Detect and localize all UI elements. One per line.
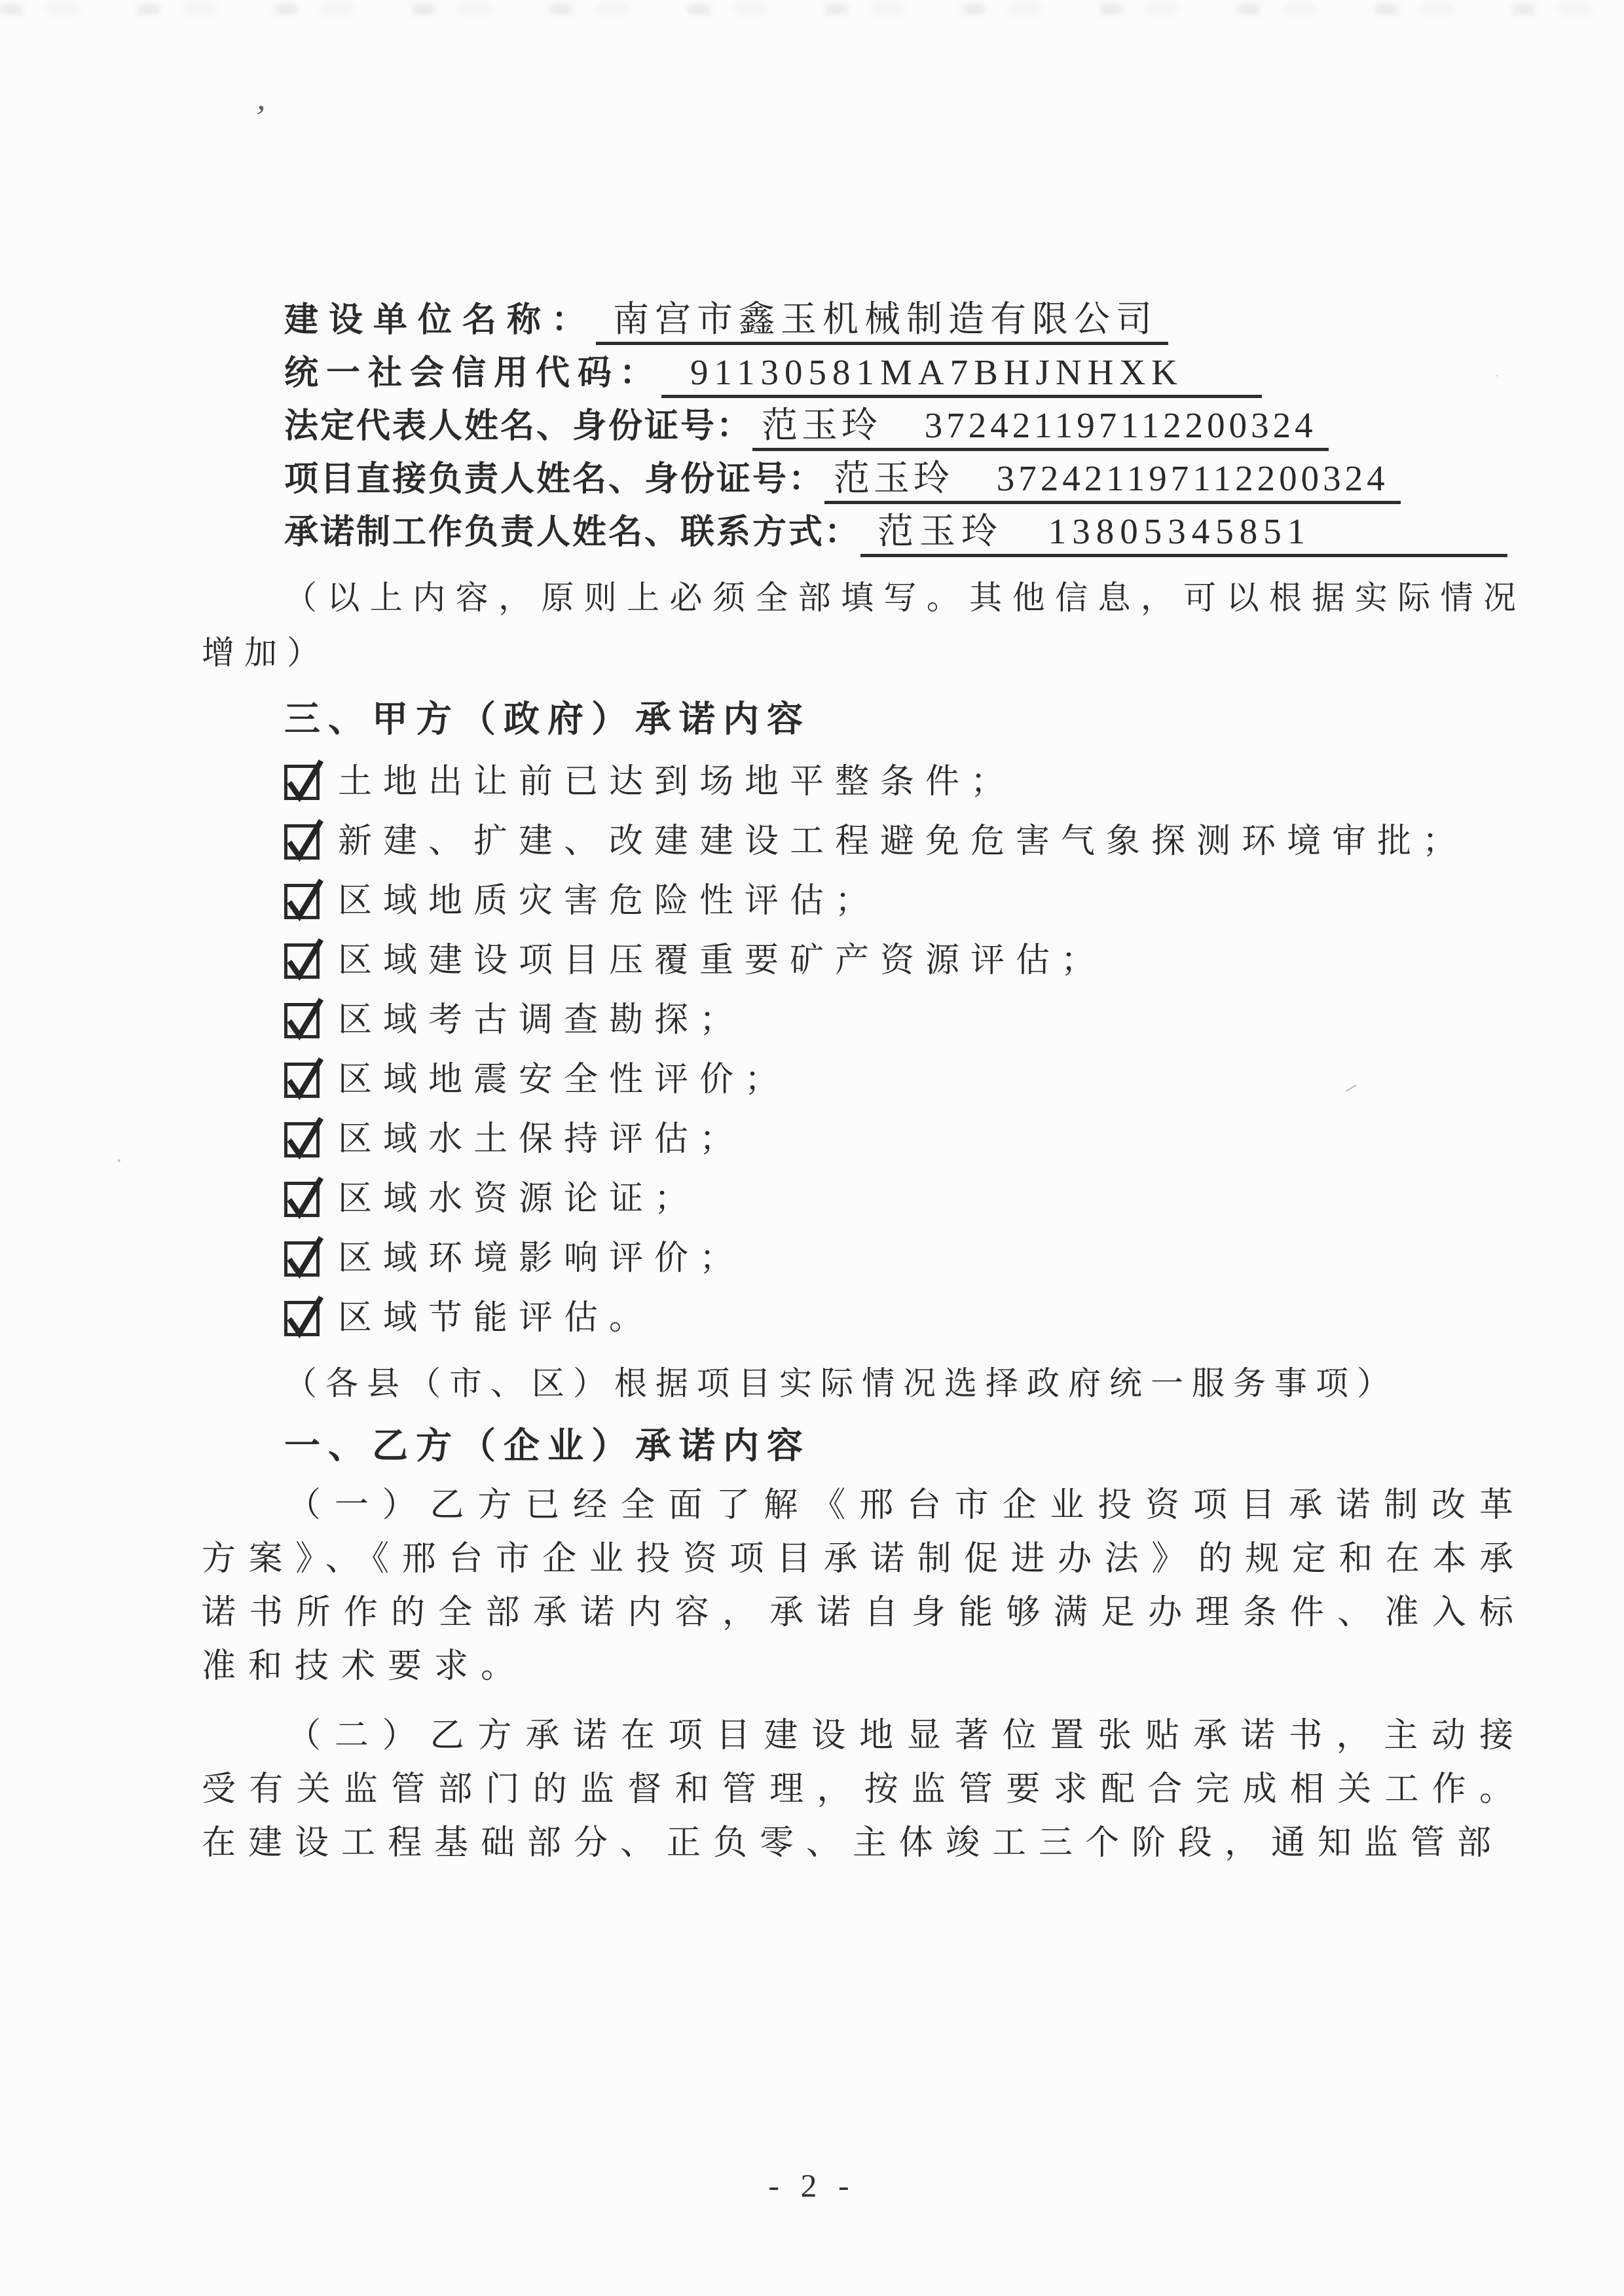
- field-value-underline: 91130581MA7BHJNHXK: [661, 352, 1262, 398]
- section-heading-enterprise: 一、乙方（企业）承诺内容: [202, 1417, 1526, 1475]
- checklist-item-label: 区域地震安全性评价；: [338, 1061, 790, 1099]
- checklist-item-label: 区域环境影响评价；: [338, 1240, 745, 1277]
- scanned-document-page: ’ ⸍ · ˑ 建设单位名称：南宫市鑫玉机械制造有限公司 统一社会信用代码：91…: [0, 0, 1624, 2296]
- field-row-company-name: 建设单位名称：南宫市鑫玉机械制造有限公司: [202, 293, 1526, 346]
- checked-checkbox-icon: [284, 943, 320, 979]
- field-value-underline: 南宫市鑫玉机械制造有限公司: [596, 299, 1168, 345]
- checked-checkbox-icon: [284, 884, 320, 919]
- document-body: 建设单位名称：南宫市鑫玉机械制造有限公司 统一社会信用代码：91130581MA…: [202, 293, 1526, 1870]
- checklist-item: 区域地震安全性评价；: [202, 1050, 1526, 1110]
- scan-artifact: ’: [251, 98, 268, 137]
- enterprise-paragraph-2: （二）乙方承诺在项目建设地显著位置张贴承诺书，主动接受有关监管部门的监督和管理，…: [202, 1709, 1526, 1870]
- section-heading-government: 三、甲方（政府）承诺内容: [202, 691, 1526, 748]
- fields-fill-note: （以上内容，原则上必须全部填写。其他信息，可以根据实际情况增加）: [202, 570, 1526, 680]
- field-row-legal-representative: 法定代表人姓名、身份证号：范玉玲 372421197112200324: [202, 399, 1526, 452]
- field-label: 承诺制工作负责人姓名、联系方式：: [284, 514, 860, 551]
- field-row-commitment-officer: 承诺制工作负责人姓名、联系方式：范玉玲 13805345851: [202, 505, 1526, 558]
- field-row-credit-code: 统一社会信用代码：91130581MA7BHJNHXK: [202, 346, 1526, 399]
- checked-checkbox-icon: [284, 824, 320, 860]
- field-value-underline: 范玉玲 372421197112200324: [824, 458, 1401, 504]
- checklist-item-label: 土地出让前已达到场地平整条件；: [338, 763, 1016, 801]
- field-label: 项目直接负责人姓名、身份证号：: [284, 461, 824, 498]
- checklist-item: 区域水土保持评估；: [202, 1110, 1526, 1169]
- checklist-item-label: 区域节能评估。: [338, 1300, 654, 1337]
- checklist-item-label: 区域水土保持评估；: [338, 1121, 745, 1158]
- checked-checkbox-icon: [284, 1182, 320, 1217]
- checklist-item: 区域建设项目压覆重要矿产资源评估；: [202, 931, 1526, 991]
- checklist-item-label: 新建、扩建、改建建设工程避免危害气象探测环境审批；: [338, 823, 1467, 860]
- checked-checkbox-icon: [284, 1122, 320, 1157]
- scan-artifact: ·: [115, 1149, 122, 1174]
- checklist-item: 区域环境影响评价；: [202, 1229, 1526, 1288]
- checklist-item: 土地出让前已达到场地平整条件；: [202, 752, 1526, 812]
- field-value-underline: 范玉玲 13805345851: [860, 511, 1507, 557]
- page-number: - 2 -: [0, 2166, 1624, 2204]
- checklist-item-label: 区域水资源论证；: [338, 1180, 699, 1218]
- checklist-item: 区域节能评估。: [202, 1288, 1526, 1348]
- checked-checkbox-icon: [284, 765, 320, 800]
- checked-checkbox-icon: [284, 1063, 320, 1098]
- section-government-note: （各县（市、区）根据项目实际情况选择政府统一服务事项）: [202, 1356, 1526, 1411]
- checklist-item-label: 区域建设项目压覆重要矿产资源评估；: [338, 942, 1106, 979]
- checklist-item: 区域考古调查勘探；: [202, 991, 1526, 1050]
- checklist-item-label: 区域地质灾害危险性评估；: [338, 883, 880, 920]
- field-label: 统一社会信用代码：: [284, 355, 661, 392]
- checklist-item-label: 区域考古调查勘探；: [338, 1002, 745, 1039]
- field-value-underline: 范玉玲 372421197112200324: [752, 405, 1329, 451]
- checked-checkbox-icon: [284, 1241, 320, 1277]
- checked-checkbox-icon: [284, 1301, 320, 1336]
- field-row-project-manager: 项目直接负责人姓名、身份证号：范玉玲 372421197112200324: [202, 452, 1526, 505]
- field-label: 法定代表人姓名、身份证号：: [284, 408, 752, 445]
- checklist-item: 区域地质灾害危险性评估；: [202, 871, 1526, 931]
- field-label: 建设单位名称：: [284, 302, 596, 339]
- enterprise-paragraph-1: （一）乙方已经全面了解《邢台市企业投资项目承诺制改革方案》、《邢台市企业投资项目…: [202, 1479, 1526, 1694]
- checklist-item: 新建、扩建、改建建设工程避免危害气象探测环境审批；: [202, 812, 1526, 871]
- scan-edge-noise: [0, 4, 1624, 14]
- government-commitment-list: 土地出让前已达到场地平整条件； 新建、扩建、改建建设工程避免危害气象探测环境审批…: [202, 752, 1526, 1348]
- checked-checkbox-icon: [284, 1003, 320, 1038]
- checklist-item: 区域水资源论证；: [202, 1169, 1526, 1229]
